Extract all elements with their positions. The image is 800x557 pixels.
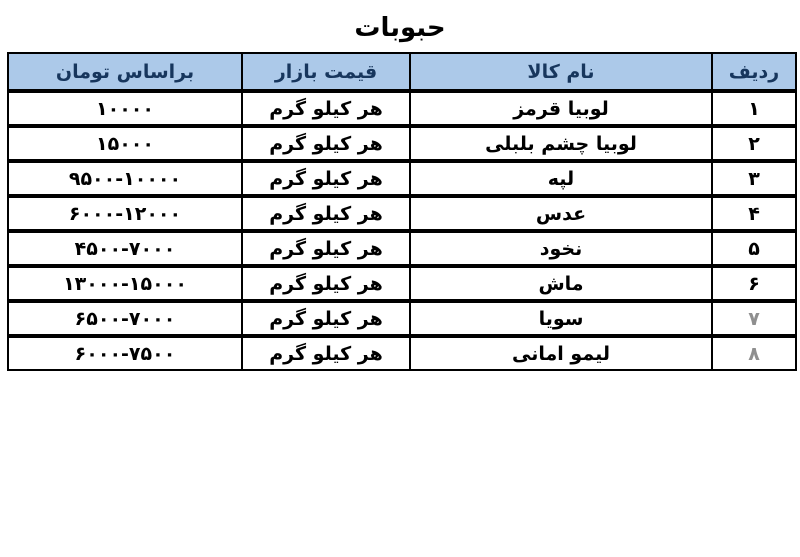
unit-cell: هر کیلو گرم: [242, 161, 410, 196]
header-product-name: نام کالا: [410, 53, 712, 91]
header-row: ردیف نام کالا قیمت بازار براساس تومان: [8, 53, 796, 91]
unit-cell: هر کیلو گرم: [242, 336, 410, 370]
table-row: ۷ سویا هر کیلو گرم ۶۵۰۰-۷۰۰۰: [8, 301, 796, 336]
product-name-cell: لوبیا قرمز: [410, 91, 712, 126]
page-title: حبوبات: [0, 0, 800, 52]
table-row: ۸ لیمو امانی هر کیلو گرم ۶۰۰۰-۷۵۰۰: [8, 336, 796, 370]
table-row: ۲ لوبیا چشم بلبلی هر کیلو گرم ۱۵۰۰۰: [8, 126, 796, 161]
unit-cell: هر کیلو گرم: [242, 196, 410, 231]
price-cell: ۴۵۰۰-۷۰۰۰: [8, 231, 242, 266]
price-cell: ۹۵۰۰-۱۰۰۰۰: [8, 161, 242, 196]
header-row-number: ردیف: [712, 53, 796, 91]
row-number-cell: ۸: [712, 336, 796, 370]
unit-cell: هر کیلو گرم: [242, 231, 410, 266]
product-name-cell: لیمو امانی: [410, 336, 712, 370]
price-cell: ۶۰۰۰-۱۲۰۰۰: [8, 196, 242, 231]
header-currency-basis: براساس تومان: [8, 53, 242, 91]
price-cell: ۱۳۰۰۰-۱۵۰۰۰: [8, 266, 242, 301]
product-name-cell: عدس: [410, 196, 712, 231]
page: حبوبات ردیف نام کالا قیمت بازار براساس ت…: [0, 0, 800, 557]
row-number-cell: ۶: [712, 266, 796, 301]
product-name-cell: لپه: [410, 161, 712, 196]
unit-cell: هر کیلو گرم: [242, 91, 410, 126]
row-number-cell: ۵: [712, 231, 796, 266]
unit-cell: هر کیلو گرم: [242, 266, 410, 301]
legumes-price-table: ردیف نام کالا قیمت بازار براساس تومان ۱ …: [7, 52, 797, 371]
product-name-cell: لوبیا چشم بلبلی: [410, 126, 712, 161]
header-market-price: قیمت بازار: [242, 53, 410, 91]
table-row: ۵ نخود هر کیلو گرم ۴۵۰۰-۷۰۰۰: [8, 231, 796, 266]
product-name-cell: ماش: [410, 266, 712, 301]
product-name-cell: سویا: [410, 301, 712, 336]
product-name-cell: نخود: [410, 231, 712, 266]
price-cell: ۱۰۰۰۰: [8, 91, 242, 126]
price-cell: ۶۰۰۰-۷۵۰۰: [8, 336, 242, 370]
row-number-cell: ۷: [712, 301, 796, 336]
table-row: ۶ ماش هر کیلو گرم ۱۳۰۰۰-۱۵۰۰۰: [8, 266, 796, 301]
row-number-cell: ۲: [712, 126, 796, 161]
row-number-cell: ۱: [712, 91, 796, 126]
table-row: ۳ لپه هر کیلو گرم ۹۵۰۰-۱۰۰۰۰: [8, 161, 796, 196]
table-row: ۱ لوبیا قرمز هر کیلو گرم ۱۰۰۰۰: [8, 91, 796, 126]
unit-cell: هر کیلو گرم: [242, 301, 410, 336]
price-cell: ۶۵۰۰-۷۰۰۰: [8, 301, 242, 336]
unit-cell: هر کیلو گرم: [242, 126, 410, 161]
table-row: ۴ عدس هر کیلو گرم ۶۰۰۰-۱۲۰۰۰: [8, 196, 796, 231]
row-number-cell: ۴: [712, 196, 796, 231]
row-number-cell: ۳: [712, 161, 796, 196]
price-cell: ۱۵۰۰۰: [8, 126, 242, 161]
